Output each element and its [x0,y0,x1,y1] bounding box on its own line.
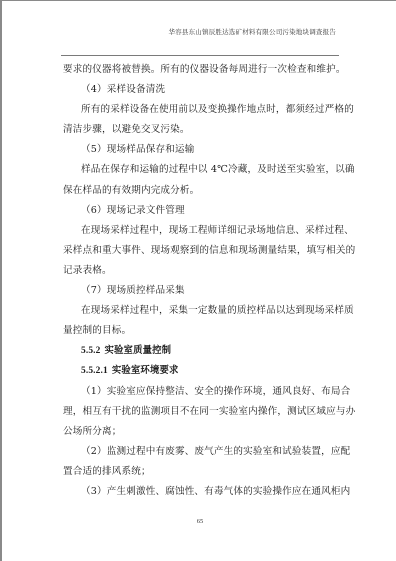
subsection-heading: 5.5.2.1实验室环境要求 [63,361,340,381]
text-line: 记录表格。 [63,261,340,281]
header-rule [61,55,339,56]
text-line: 所有的采样设备在使用前以及变换操作地点时，都须经过严格的 [63,100,340,120]
text-line: 保在样品的有效期内完成分析。 [63,181,340,201]
text-line: 清洁步骤，以避免交叉污染。 [63,120,340,140]
text-line: （2）监测过程中有废雾、废气产生的实验室和试验装置，应配 [63,442,340,462]
running-header: 华容县东山镇辰胜达选矿材料有限公司污染地块调查报告 [169,27,337,36]
text-line: 量控制的目标。 [63,321,340,341]
subsection-number: 5.5.2.1 [81,366,108,376]
text-line: （1）实验室应保持整洁、安全的操作环境，通风良好、布局合 [63,382,340,402]
text-line: 理，相互有干扰的监测项目不在同一实验室内操作，测试区域应与办 [63,402,340,422]
document-page: 华容县东山镇辰胜达选矿材料有限公司污染地块调查报告 要求的仪器将被替换。所有的仪… [0,0,396,561]
text-line: 要求的仪器将被替换。所有的仪器设备每周进行一次检查和维护。 [63,60,340,80]
text-line: 在现场采样过程中，现场工程师详细记录场地信息、采样过程、 [63,221,340,241]
item-heading-sample-storage-transport: （5）现场样品保存和运输 [63,140,340,160]
section-title: 实验室质量控制 [105,345,172,356]
section-number: 5.5.2 [81,346,101,356]
page-body: 要求的仪器将被替换。所有的仪器设备每周进行一次检查和维护。 （4）采样设备清洗 … [63,60,340,502]
text-line: （3）产生刺激性、腐蚀性、有毒气体的实验操作应在通风柜内 [63,482,340,502]
subsection-title: 实验室环境要求 [112,365,179,376]
text-line: 在现场采样过程中，采集一定数量的质控样品以达到现场采样质 [63,301,340,321]
section-heading: 5.5.2实验室质量控制 [63,341,340,361]
text-line: 置合适的排风系统； [63,462,340,482]
text-line: 样品在保存和运输的过程中以 4℃冷藏，及时送至实验室，以确 [63,160,340,180]
text-line: 采样点和重大事件、现场观察到的信息和现场测量结果，填写相关的 [63,241,340,261]
item-heading-field-record-management: （6）现场记录文件管理 [63,201,340,221]
item-heading-sampling-equipment-cleaning: （4）采样设备清洗 [63,80,340,100]
page-number: 65 [2,518,396,525]
text-line: 公场所分离； [63,422,340,442]
item-heading-field-qc-sampling: （7）现场质控样品采集 [63,281,340,301]
